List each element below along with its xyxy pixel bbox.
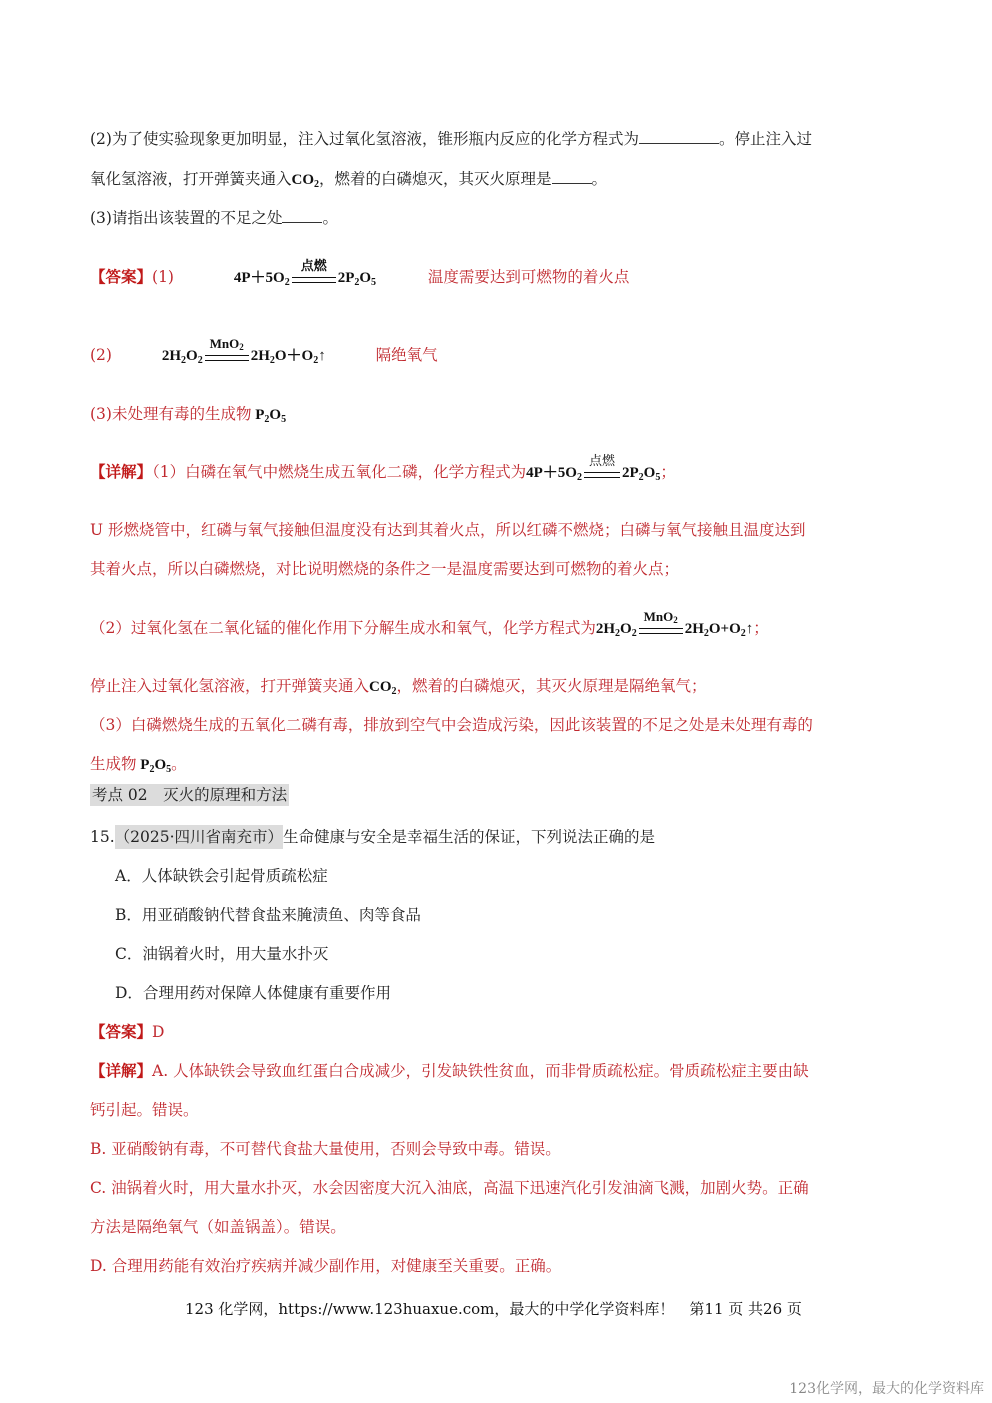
question-text: 生命健康与安全是幸福生活的保证，下列说法正确的是	[283, 828, 655, 846]
answer-label: 【答案】	[90, 267, 152, 286]
explain-text: ；	[753, 619, 769, 637]
question-part3: (3)请指出该装置的不足之处。	[90, 207, 338, 229]
explain-text: （2）过氧化氢在二氧化锰的催化作用下分解生成水和氧气，化学方程式为	[90, 619, 596, 637]
explain-text: A. 人体缺铁会导致血红蛋白合成减少，引发缺铁性贫血，而非骨质疏松症。骨质疏松症…	[152, 1062, 809, 1080]
explain-text: 。	[171, 755, 187, 773]
explain-14-p2-line1: U 形燃烧管中，红磷与氧气接触但温度没有达到其着火点，所以红磷不燃烧；白磷与氧气…	[90, 519, 806, 541]
answer-blank	[552, 169, 592, 184]
question-text: (2)为了使实验现象更加明显，注入过氧化氢溶液，锥形瓶内反应的化学方程式为	[90, 130, 639, 148]
section-title: 考点 02 灭火的原理和方法	[90, 784, 289, 806]
question-15-stem: 15.（2025·四川省南充市）生命健康与安全是幸福生活的保证，下列说法正确的是	[90, 826, 655, 848]
explain-14-p5-line1: （3）白磷燃烧生成的五氧化二磷有毒，排放到空气中会造成污染，因此该装置的不足之处…	[90, 714, 813, 736]
question-text: ，燃着的白磷熄灭，其灭火原理是	[319, 170, 552, 188]
watermark: 123化学网，最大的化学资料库	[789, 1378, 984, 1398]
explain-15-c-line2: 方法是隔绝氧气（如盖锅盖）。错误。	[90, 1216, 346, 1238]
explain-14-p4: 停止注入过氧化氢溶液，打开弹簧夹通入CO2，燃着的白磷熄灭，其灭火原理是隔绝氧气…	[90, 675, 707, 703]
answer-text: (3)未处理有毒的生成物	[90, 405, 251, 423]
part-number: (1)	[152, 268, 174, 286]
answer-15: 【答案】D	[90, 1021, 164, 1043]
question-part2-line2: 氧化氢溶液，打开弹簧夹通入CO2，燃着的白磷熄灭，其灭火原理是。	[90, 168, 607, 196]
option-b: B．用亚硝酸钠代替食盐来腌渍鱼、肉等食品	[115, 904, 421, 926]
option-text: 油锅着火时，用大量水扑灭	[142, 945, 328, 963]
explain-14-p1: 【详解】（1）白磷在氧气中燃烧生成五氧化二磷，化学方程式为4P＋5O2点燃2P2…	[90, 461, 676, 489]
answer-blank	[639, 129, 719, 144]
answer-14-part2: (2) 2H2O2MnO22H2O＋O2↑ 隔绝氧气	[90, 344, 438, 372]
option-text: 用亚硝酸钠代替食盐来腌渍鱼、肉等食品	[142, 906, 421, 924]
explain-14-p5-line2: 生成物 P2O5。	[90, 753, 187, 781]
option-text: 合理用药对保障人体健康有重要作用	[143, 984, 391, 1002]
chem-formula-co2: CO2	[292, 172, 320, 188]
answer-blank	[282, 208, 322, 223]
option-label: B．	[115, 906, 142, 924]
part-number: (2)	[90, 346, 112, 364]
question-text: (3)请指出该装置的不足之处	[90, 209, 282, 227]
explain-15-d: D. 合理用药能有效治疗疾病并减少副作用，对健康至关重要。正确。	[90, 1255, 561, 1277]
question-text: 。	[322, 209, 338, 227]
answer-text: 温度需要达到可燃物的着火点	[428, 268, 630, 286]
question-text: 。停止注入过	[719, 130, 812, 148]
explain-text: （1）白磷在氧气中燃烧生成五氧化二磷，化学方程式为	[152, 463, 526, 481]
page-footer: 123 化学网，https://www.123huaxue.com，最大的中学化…	[185, 1298, 802, 1319]
section-header: 考点 02 灭火的原理和方法	[90, 784, 289, 806]
question-text: 氧化氢溶液，打开弹簧夹通入	[90, 170, 292, 188]
chem-formula-p2o5: P2O5	[137, 757, 172, 773]
explain-text: 停止注入过氧化氢溶液，打开弹簧夹通入	[90, 677, 369, 695]
option-label: C．	[115, 945, 142, 963]
question-part2-line1: (2)为了使实验现象更加明显，注入过氧化氢溶液，锥形瓶内反应的化学方程式为。停止…	[90, 128, 812, 150]
answer-14-part3: (3)未处理有毒的生成物 P2O5	[90, 403, 286, 431]
explain-14-p3: （2）过氧化氢在二氧化锰的催化作用下分解生成水和氧气，化学方程式为2H2O2Mn…	[90, 617, 769, 645]
explain-14-p2-line2: 其着火点，所以白磷燃烧，对比说明燃烧的条件之一是温度需要达到可燃物的着火点；	[90, 558, 679, 580]
explain-15-c-line1: C. 油锅着火时，用大量水扑灭，水会因密度大沉入油底，高温下迅速汽化引发油滴飞溅…	[90, 1177, 809, 1199]
explain-text: 生成物	[90, 755, 137, 773]
option-text: 人体缺铁会引起骨质疏松症	[142, 867, 328, 885]
answer-14-part1: 【答案】(1) 4P＋5O2点燃2P2O5 温度需要达到可燃物的着火点	[90, 266, 629, 294]
explain-label: 【详解】	[90, 1061, 152, 1080]
equation-phosphorus-combustion: 4P＋5O2点燃2P2O5	[526, 465, 660, 481]
question-source: （2025·四川省南充市）	[115, 825, 283, 849]
answer-text: 隔绝氧气	[376, 346, 438, 364]
explain-text: ；	[660, 463, 676, 481]
explain-label: 【详解】	[90, 462, 152, 481]
chem-formula-p2o5: P2O5	[251, 407, 286, 423]
option-label: A．	[115, 867, 142, 885]
explain-15-a-line2: 钙引起。错误。	[90, 1099, 199, 1121]
equation-h2o2-decomposition: 2H2O2MnO22H2O＋O2↑	[162, 348, 326, 364]
option-label: D．	[115, 984, 143, 1002]
question-number: 15.	[90, 828, 115, 846]
equation-h2o2-decomposition: 2H2O2MnO22H2O+O2↑	[596, 621, 753, 637]
equation-phosphorus-combustion: 4P＋5O2点燃2P2O5	[234, 270, 376, 286]
option-a: A．人体缺铁会引起骨质疏松症	[115, 865, 328, 887]
explain-15-b: B. 亚硝酸钠有毒，不可替代食盐大量使用，否则会导致中毒。错误。	[90, 1138, 561, 1160]
question-text: 。	[592, 170, 608, 188]
chem-formula-co2: CO2	[369, 679, 397, 695]
explain-text: ，燃着的白磷熄灭，其灭火原理是隔绝氧气；	[397, 677, 707, 695]
option-d: D．合理用药对保障人体健康有重要作用	[115, 982, 391, 1004]
option-c: C．油锅着火时，用大量水扑灭	[115, 943, 328, 965]
explain-15-a-line1: 【详解】A. 人体缺铁会导致血红蛋白合成减少，引发缺铁性贫血，而非骨质疏松症。骨…	[90, 1060, 809, 1082]
answer-value: D	[152, 1023, 164, 1041]
answer-label: 【答案】	[90, 1022, 152, 1041]
